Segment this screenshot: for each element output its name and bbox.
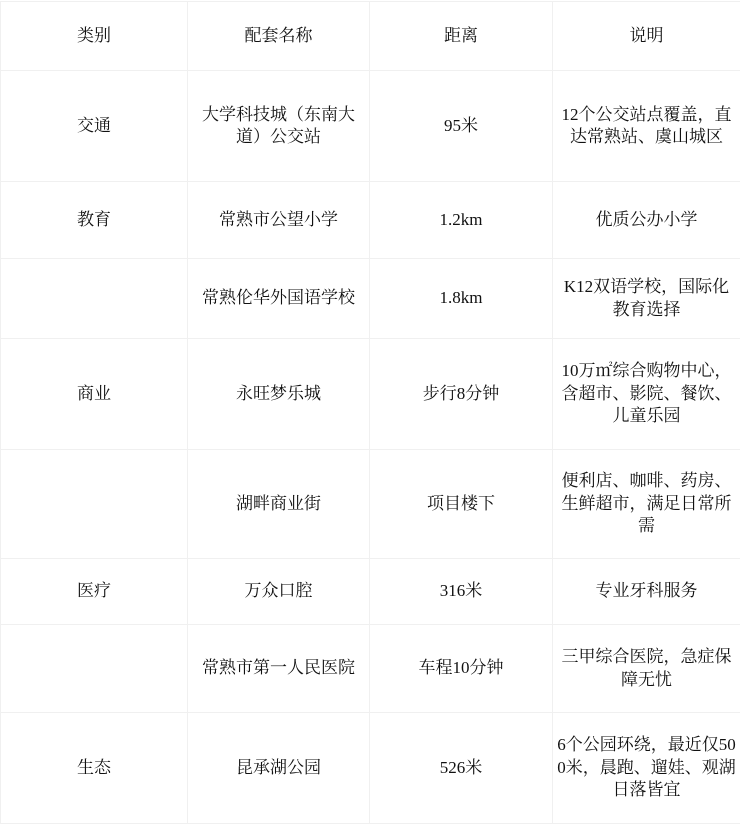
cell-name: 永旺梦乐城 — [188, 339, 370, 450]
column-header-category: 类别 — [1, 2, 188, 71]
cell-note: 优质公办小学 — [553, 182, 740, 259]
page: 类别 配套名称 距离 说明 交通 大学科技城（东南大道）公交站 95米 12个公… — [0, 0, 740, 828]
table-row: 交通 大学科技城（东南大道）公交站 95米 12个公交站点覆盖，直达常熟站、虞山… — [1, 71, 740, 182]
table-row: 教育 常熟市公望小学 1.2km 优质公办小学 — [1, 182, 740, 259]
cell-name: 常熟伦华外国语学校 — [188, 259, 370, 339]
amenities-table: 类别 配套名称 距离 说明 交通 大学科技城（东南大道）公交站 95米 12个公… — [0, 1, 740, 824]
column-header-name: 配套名称 — [188, 2, 370, 71]
cell-distance: 526米 — [370, 713, 553, 824]
table-row: 常熟伦华外国语学校 1.8km K12双语学校，国际化教育选择 — [1, 259, 740, 339]
cell-note: 便利店、咖啡、药房、生鲜超市，满足日常所需 — [553, 450, 740, 559]
column-header-note: 说明 — [553, 2, 740, 71]
table-row: 生态 昆承湖公园 526米 6个公园环绕，最近仅500米，晨跑、遛娃、观湖日落皆… — [1, 713, 740, 824]
cell-distance: 316米 — [370, 559, 553, 625]
header-row: 类别 配套名称 距离 说明 — [1, 2, 740, 71]
cell-distance: 步行8分钟 — [370, 339, 553, 450]
table-row: 常熟市第一人民医院 车程10分钟 三甲综合医院，急症保障无忧 — [1, 625, 740, 713]
cell-category: 生态 — [1, 713, 188, 824]
cell-note: 10万㎡综合购物中心，含超市、影院、餐饮、儿童乐园 — [553, 339, 740, 450]
cell-distance: 1.8km — [370, 259, 553, 339]
cell-name: 万众口腔 — [188, 559, 370, 625]
cell-category: 医疗 — [1, 559, 188, 625]
cell-category: 交通 — [1, 71, 188, 182]
table-row: 商业 永旺梦乐城 步行8分钟 10万㎡综合购物中心，含超市、影院、餐饮、儿童乐园 — [1, 339, 740, 450]
cell-note: 专业牙科服务 — [553, 559, 740, 625]
cell-name: 大学科技城（东南大道）公交站 — [188, 71, 370, 182]
cell-category — [1, 450, 188, 559]
cell-distance: 95米 — [370, 71, 553, 182]
cell-name: 昆承湖公园 — [188, 713, 370, 824]
cell-note: 三甲综合医院，急症保障无忧 — [553, 625, 740, 713]
cell-name: 湖畔商业街 — [188, 450, 370, 559]
cell-category — [1, 625, 188, 713]
cell-distance: 1.2km — [370, 182, 553, 259]
cell-distance: 项目楼下 — [370, 450, 553, 559]
cell-category: 教育 — [1, 182, 188, 259]
cell-note: 6个公园环绕，最近仅500米，晨跑、遛娃、观湖日落皆宜 — [553, 713, 740, 824]
cell-category — [1, 259, 188, 339]
cell-note: 12个公交站点覆盖，直达常熟站、虞山城区 — [553, 71, 740, 182]
cell-name: 常熟市第一人民医院 — [188, 625, 370, 713]
cell-distance: 车程10分钟 — [370, 625, 553, 713]
column-header-distance: 距离 — [370, 2, 553, 71]
cell-note: K12双语学校，国际化教育选择 — [553, 259, 740, 339]
cell-category: 商业 — [1, 339, 188, 450]
table-row: 湖畔商业街 项目楼下 便利店、咖啡、药房、生鲜超市，满足日常所需 — [1, 450, 740, 559]
cell-name: 常熟市公望小学 — [188, 182, 370, 259]
table-row: 医疗 万众口腔 316米 专业牙科服务 — [1, 559, 740, 625]
